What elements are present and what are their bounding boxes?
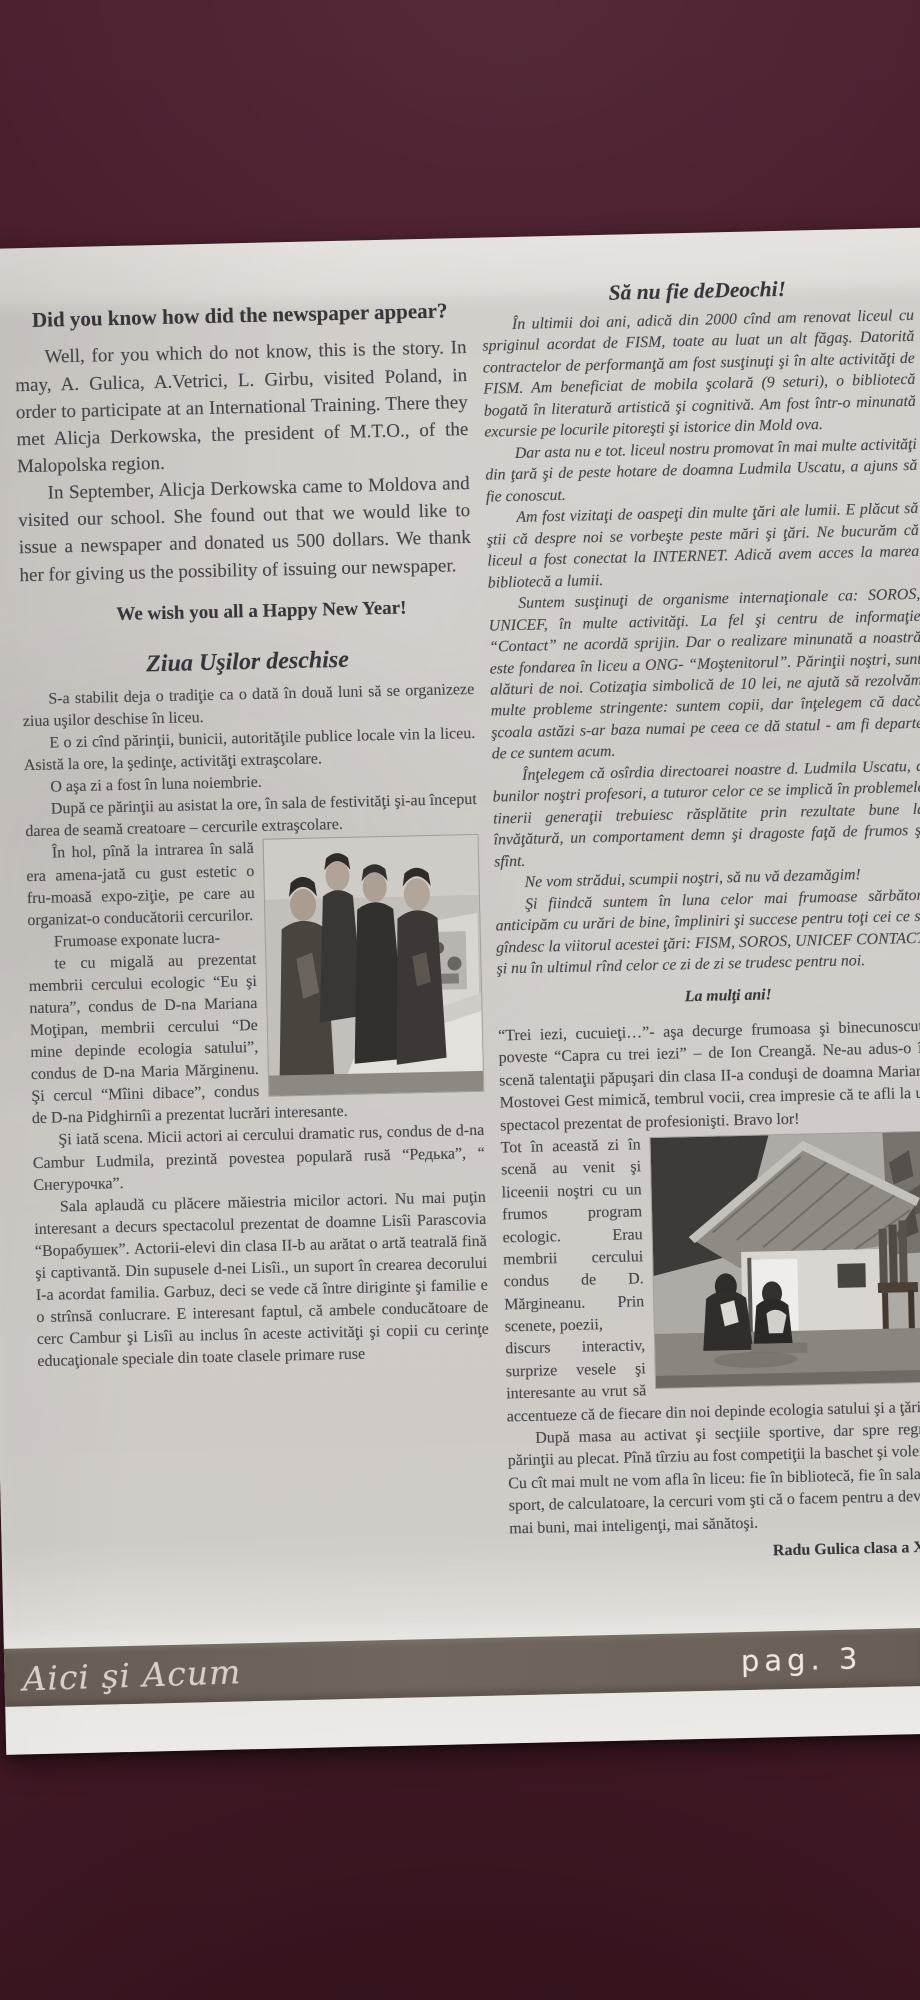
paragraph: Cu cît mai mult ne vom afla în liceu: fi… (508, 1463, 920, 1540)
students-exhibition-photo (264, 835, 484, 1096)
newspaper-page: Did you know how did the newspaper appea… (0, 227, 920, 1755)
paragraph: Şi fiindcă suntem în luna celor mai frum… (495, 884, 920, 980)
paragraph: Dar asta nu e tot. liceul nostru promova… (485, 434, 918, 508)
article-signature: Radu Gulica clasa a X-A (510, 1537, 920, 1569)
article-fism: Să nu fie deDeochi! În ultimii doi ani, … (481, 274, 920, 1012)
paragraph: Şi iată scena. Micii actori ai cercului … (32, 1120, 485, 1196)
paragraph: Suntem susţinuţi de organisme internaţio… (488, 584, 920, 766)
paragraph: În ultimii doi ani, adică din 2000 cînd … (482, 305, 917, 444)
article-newspaper-title: Did you know how did the newspaper appea… (27, 296, 452, 334)
paragraph: Sala aplaudă cu plăcere măiestria micilo… (34, 1187, 490, 1374)
puppet-theatre-scene-photo-graphic (650, 1132, 920, 1388)
article-newspaper: Did you know how did the newspaper appea… (13, 296, 472, 630)
paragraph: In September, Alicja Derkowska came to M… (17, 470, 471, 589)
paragraph: “Trei iezi, cucuieţi…”- aşa decurge frum… (498, 1016, 920, 1138)
article-open-doors-title: Ziua Uşilor deschise (21, 644, 473, 681)
left-column: Did you know how did the newspaper appea… (13, 268, 496, 1640)
puppet-theatre-scene-photo (650, 1132, 920, 1388)
photo-wrap-block: Tot în această zi în scenă au venit şi l… (500, 1128, 920, 1569)
photo-of-newspaper-on-maroon-cloth: { "colors": { "background_maroon": "#451… (0, 0, 920, 2000)
paragraph: Am fost vizitaţi de oaspeţi din multe ţă… (486, 498, 920, 594)
paragraph: Înţelegem că osîrdia directoarei noastre… (492, 756, 920, 873)
right-column: Să nu fie deDeochi! În ultimii doi ani, … (481, 258, 920, 1629)
article-fism-greeting: La mulţi ani! (497, 980, 920, 1011)
page-columns: Did you know how did the newspaper appea… (13, 258, 920, 1640)
students-exhibition-photo-graphic (264, 835, 484, 1096)
article-show: “Trei iezi, cucuieţi…”- aşa decurge frum… (498, 1016, 920, 1569)
footer-band: Aici şi Acum pag. 3 (4, 1628, 920, 1707)
paragraph: Well, for you which do not know, this is… (14, 334, 469, 480)
article-fism-title: Să nu fie deDeochi! (481, 274, 913, 309)
page-number: pag. 3 (740, 1640, 920, 1678)
article-open-doors: Ziua Uşilor deschise S-a stabilit deja o… (21, 644, 489, 1373)
article-newspaper-closing: We wish you all a Happy New Year! (20, 593, 472, 630)
newspaper-brand: Aici şi Acum (4, 1652, 242, 1699)
photo-wrap-block: În hol, pînă la intrarea în sală era ame… (26, 833, 490, 1373)
